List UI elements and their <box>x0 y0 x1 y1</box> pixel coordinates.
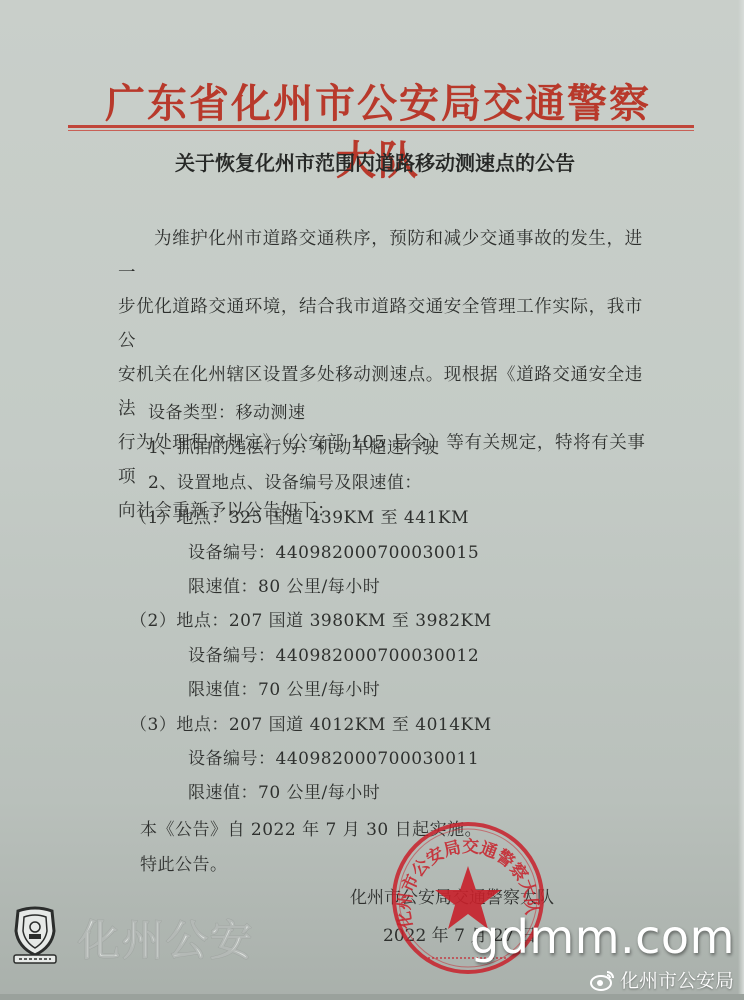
device-number-3: 设备编号：440982000700030011 <box>188 744 479 769</box>
location-2: （2）地点：207 国道 3980KM 至 3982KM <box>130 606 492 631</box>
police-badge-icon <box>10 905 60 965</box>
document-title: 关于恢复化州市范围内道路移动测速点的公告 <box>120 147 630 176</box>
device-number-2: 设备编号：440982000700030012 <box>188 641 479 666</box>
image-bottom-edge <box>0 994 744 1000</box>
police-watermark-text: 化州公安 <box>78 908 254 968</box>
speed-limit-1: 限速值：80 公里/每小时 <box>188 572 380 597</box>
weibo-attribution: 化州市公安局 <box>590 966 734 993</box>
item-violation: 1、抓拍的违法行为：机动车超速行驶 <box>148 433 439 458</box>
location-3: （3）地点：207 国道 4012KM 至 4014KM <box>130 710 492 735</box>
intro-line: 为维护化州市道路交通秩序，预防和减少交通事故的发生，进一 <box>118 222 658 290</box>
speed-limit-3: 限速值：70 公里/每小时 <box>188 778 380 803</box>
item-locations-heading: 2、设置地点、设备编号及限速值： <box>148 468 422 493</box>
device-number-1: 设备编号：440982000700030015 <box>188 538 479 563</box>
letterhead-rule <box>68 125 694 128</box>
paper-edge <box>738 0 744 1000</box>
speed-limit-2: 限速值：70 公里/每小时 <box>188 675 380 700</box>
site-watermark: gdmm.com <box>470 910 735 964</box>
device-type: 设备类型：移动测速 <box>148 398 306 423</box>
intro-line: 步优化道路交通环境，结合我市道路交通安全管理工作实际，我市公 <box>118 290 658 358</box>
closing-text: 特此公告。 <box>140 850 228 875</box>
weibo-account-name: 化州市公安局 <box>620 966 734 993</box>
weibo-icon <box>590 969 616 991</box>
location-1: （1）地点：325 国道 439KM 至 441KM <box>130 503 469 528</box>
letterhead-rule-thin <box>68 130 694 131</box>
